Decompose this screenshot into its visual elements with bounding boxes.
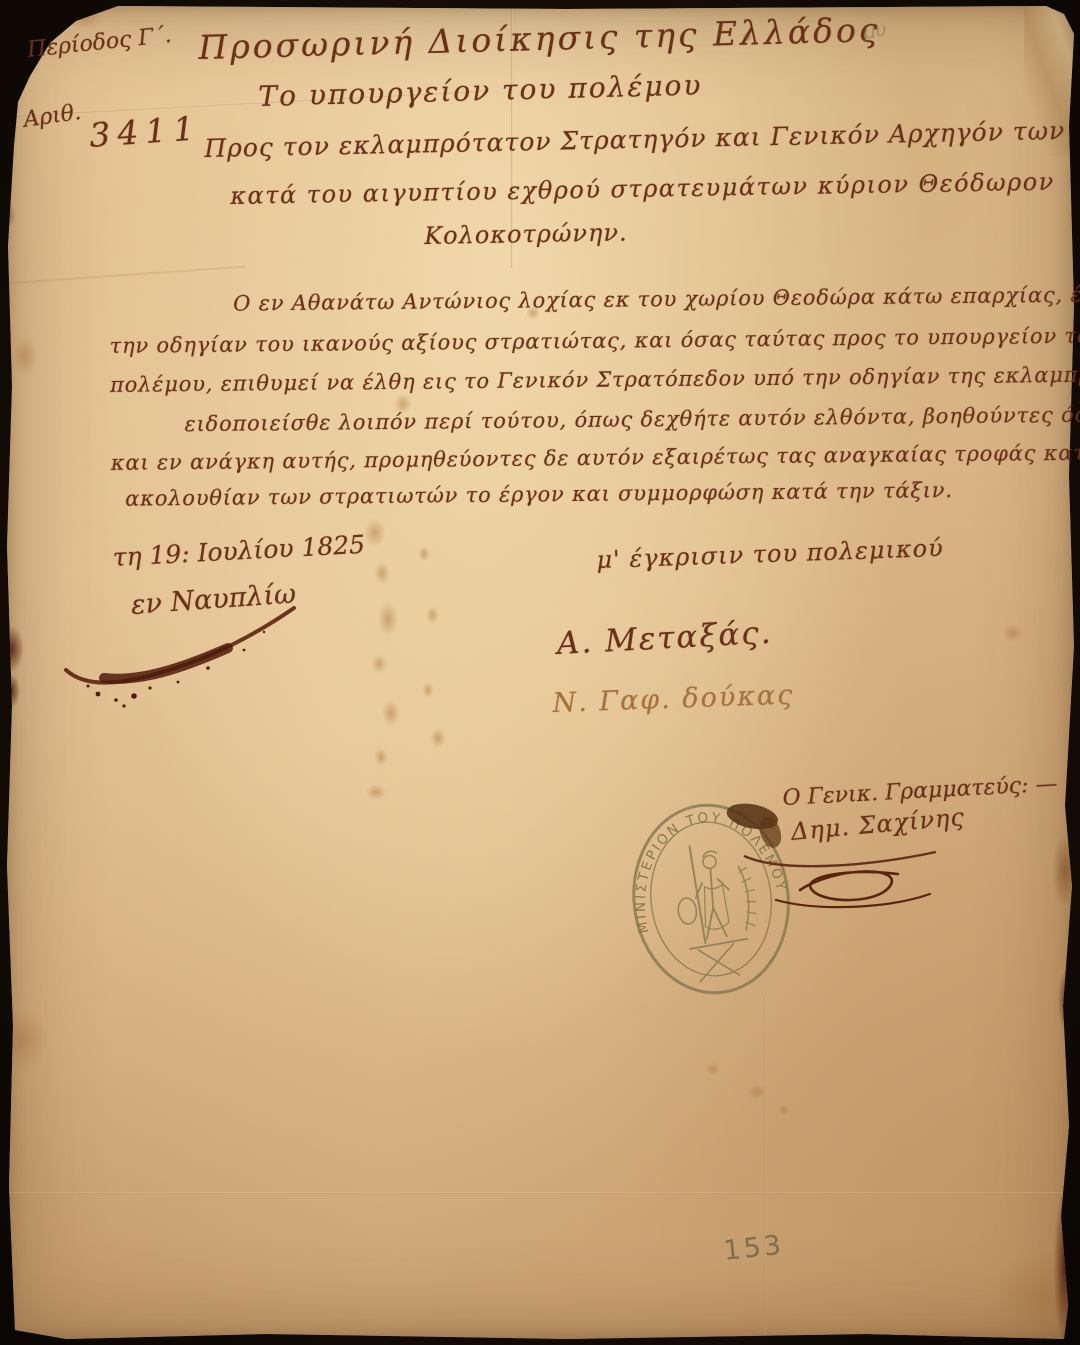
drip-stain [364, 518, 386, 548]
drip-stain [426, 606, 439, 624]
small-spot [64, 4, 104, 30]
document-photo: Περίοδος Γ΄. Προσωρινή Διοίκησις της Ελλ… [0, 0, 1080, 1345]
drip-stain [418, 546, 430, 562]
pencil-scribble: μυ [862, 19, 888, 44]
address-recipient-name: Κολοκοτρώνην. [424, 218, 628, 250]
drip-stain [366, 784, 386, 800]
protocol-number-value: 3411 [88, 108, 202, 155]
drip-stain [374, 562, 390, 584]
drip-stain [422, 682, 434, 698]
torn-edge-shadow [1054, 1186, 1076, 1345]
small-spot [778, 1104, 790, 1116]
drip-stain [374, 748, 388, 766]
ink-flourish-underline [58, 598, 338, 708]
fold-crease [6, 1192, 1080, 1194]
small-spot [748, 1084, 766, 1100]
archive-number-pencil: 153 [722, 1230, 785, 1267]
fold-crease [764, 996, 766, 1345]
signature-flourish [740, 838, 1000, 918]
corner-stain [0, 1008, 48, 1072]
small-spot [12, 336, 38, 376]
small-spot [706, 1062, 720, 1076]
drip-stain [430, 728, 446, 748]
small-spot [1002, 624, 1024, 642]
drip-stain [378, 602, 398, 636]
edge-blotch [1058, 968, 1078, 1034]
fold-crease [6, 266, 246, 285]
edge-smudge [1052, 834, 1078, 908]
ink-spatter-left-edge [0, 626, 24, 672]
ink-spatter-left-edge [2, 674, 20, 708]
drip-stain [382, 700, 400, 726]
edge-spot [0, 202, 16, 228]
corner-stain [992, 1250, 1080, 1340]
drip-stain [372, 654, 387, 674]
